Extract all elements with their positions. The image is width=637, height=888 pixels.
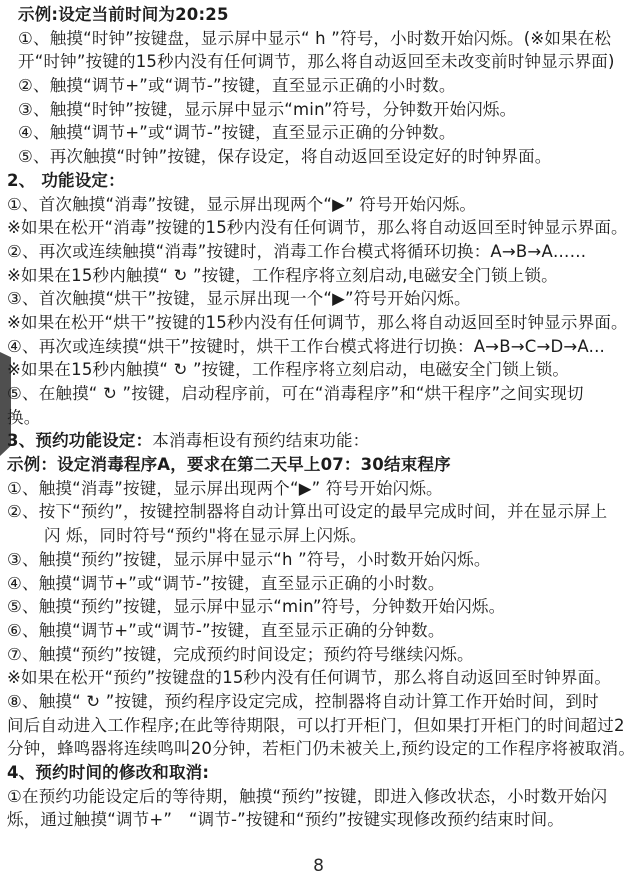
step-line: 分钟，蜂鸣器将连续鸣叫20分钟，若柜门仍未被关上,预约设定的工作程序将被取消。 <box>0 737 633 761</box>
body-text: ⑥、触摸“调节+”或“调节-”按键，直至显示正确的分钟数。 <box>7 621 445 640</box>
step-line: ⑦、触摸“预约”按键，完成预约时间设定；预约符号继续闪烁。 <box>0 643 633 667</box>
note-line: ※如果在松开“烘干”按键的15秒内没有任何调节，那么将自动返回至时钟显示界面。 <box>0 311 633 335</box>
example-heading: 示例：设定消毒程序A，要求在第二天早上07：30结束程序 <box>0 453 633 477</box>
body-text: 烁，通过触摸“调节+” “调节-”按键和“预约”按键实现修改预约结束时间。 <box>7 810 564 829</box>
step-line: ④、再次或连续摸“烘干”按键时，烘干工作台模式将进行切换：A→B→C→D→A..… <box>0 335 633 359</box>
note-line: ※如果在松开“消毒”按键的15秒内没有任何调节，那么将自动返回至时钟显示界面。 <box>0 216 633 240</box>
step-line: ③、触摸“时钟”按键，显示屏中显示“min”符号，分钟数开始闪烁。 <box>0 98 633 122</box>
body-text: ⑤、触摸“预约”按键，显示屏中显示“min”符号，分钟数开始闪烁。 <box>7 597 505 616</box>
body-text: 换。 <box>7 408 40 427</box>
step-line: ②、再次或连续触摸“消毒”按键时，消毒工作台模式将循环切换：A→B→A…… <box>0 240 633 264</box>
body-text: ※如果在松开“预约”按键盘的15秒内没有任何调节，那么将自动返回至时钟界面。 <box>7 668 611 687</box>
note-line: ※如果在15秒内触摸“ ↻ ”按键，工作程序将立刻启动，电磁安全门锁上锁。 <box>0 358 633 382</box>
body-text: ②、按下“预约”，按键控制器将自动计算出可设定的最早完成时间，并在显示屏上 <box>7 502 607 521</box>
heading-text: 3、预约功能设定： <box>7 431 152 450</box>
body-text: ④、触摸“调节+”或“调节-”按键，直至显示正确的分钟数。 <box>18 123 456 142</box>
step-line: ①、首次触摸“消毒”按键，显示屏出现两个“▶” 符号开始闪烁。 <box>0 193 633 217</box>
section-heading: 4、预约时间的修改和取消: <box>0 761 633 785</box>
body-text: 闪 烁，同时符号“预约"将在显示屏上闪烁。 <box>44 526 367 545</box>
step-line: 间后自动进入工作程序;在此等待期限，可以打开柜门，但如果打开柜门的时间超过2 <box>0 714 633 738</box>
body-text: ②、再次或连续触摸“消毒”按键时，消毒工作台模式将循环切换：A→B→A…… <box>7 242 586 261</box>
note-line: ※如果在15秒内触摸“ ↻ ”按键，工作程序将立刻启动,电磁安全门锁上锁。 <box>0 264 633 288</box>
body-text: 开“时钟”按键的15秒内没有任何调节，那么将自动返回至未改变前时钟显示界面) <box>18 52 615 71</box>
body-text: ③、触摸“预约”按键，显示屏中显示“h ”符号，小时数开始闪烁。 <box>7 550 491 569</box>
step-line: ⑤、在触摸“ ↻ ”按键，启动程序前，可在“消毒程序”和“烘干程序”之间实现切 <box>0 382 633 406</box>
body-text: ⑤、再次触摸“时钟”按键，保存设定，将自动返回至设定好的时钟界面。 <box>18 147 552 166</box>
body-text: 间后自动进入工作程序;在此等待期限，可以打开柜门，但如果打开柜门的时间超过2 <box>7 716 625 735</box>
step-line: ④、触摸“调节+”或“调节-”按键，直至显示正确的分钟数。 <box>0 121 633 145</box>
body-text: ※如果在松开“烘干”按键的15秒内没有任何调节，那么将自动返回至时钟显示界面。 <box>7 313 628 332</box>
step-line: 烁，通过触摸“调节+” “调节-”按键和“预约”按键实现修改预约结束时间。 <box>0 808 633 832</box>
step-line: 闪 烁，同时符号“预约"将在显示屏上闪烁。 <box>0 524 633 548</box>
body-text: ①、首次触摸“消毒”按键，显示屏出现两个“▶” 符号开始闪烁。 <box>7 195 476 214</box>
body-text: ②、触摸“调节+”或“调节-”按键，直至显示正确的小时数。 <box>18 76 456 95</box>
page-content: 示例:设定当前时间为20:25①、触摸“时钟”按键盘，显示屏中显示“ h ”符号… <box>0 3 633 832</box>
step-line: 开“时钟”按键的15秒内没有任何调节，那么将自动返回至未改变前时钟显示界面) <box>0 50 633 74</box>
step-line: ⑧、触摸“ ↻ ”按键，预约程序设定完成，控制器将自动计算工作开始时间，到时 <box>0 690 633 714</box>
step-line: ⑤、触摸“预约”按键，显示屏中显示“min”符号，分钟数开始闪烁。 <box>0 595 633 619</box>
step-line: ①、触摸“时钟”按键盘，显示屏中显示“ h ”符号，小时数开始闪烁。(※如果在松 <box>0 27 633 51</box>
step-line: ⑤、再次触摸“时钟”按键，保存设定，将自动返回至设定好的时钟界面。 <box>0 145 633 169</box>
body-text: 本消毒柜设有预约结束功能： <box>152 431 369 450</box>
body-text: ⑧、触摸“ ↻ ”按键，预约程序设定完成，控制器将自动计算工作开始时间，到时 <box>7 692 599 711</box>
section-heading: 3、预约功能设定：本消毒柜设有预约结束功能： <box>0 429 633 453</box>
step-line: ④、触摸“调节+”或“调节-”按键，直至显示正确的小时数。 <box>0 572 633 596</box>
page-number: 8 <box>313 856 324 876</box>
note-line: ※如果在松开“预约”按键盘的15秒内没有任何调节，那么将自动返回至时钟界面。 <box>0 666 633 690</box>
page-footer: 8 <box>0 856 637 876</box>
body-text: ※如果在松开“消毒”按键的15秒内没有任何调节，那么将自动返回至时钟显示界面。 <box>7 218 628 237</box>
body-text: ※如果在15秒内触摸“ ↻ ”按键，工作程序将立刻启动,电磁安全门锁上锁。 <box>7 266 558 285</box>
body-text: ⑦、触摸“预约”按键，完成预约时间设定；预约符号继续闪烁。 <box>7 645 474 664</box>
body-text: ①在预约功能设定后的等待期，触摸“预约”按键，即进入修改状态，小时数开始闪 <box>7 787 607 806</box>
heading-text: 示例：设定消毒程序A，要求在第二天早上07：30结束程序 <box>7 455 451 474</box>
step-line: ②、按下“预约”，按键控制器将自动计算出可设定的最早完成时间，并在显示屏上 <box>0 500 633 524</box>
body-text: ①、触摸“消毒”按键，显示屏出现两个“▶” 符号开始闪烁。 <box>7 479 443 498</box>
example-heading: 示例:设定当前时间为20:25 <box>0 3 633 27</box>
body-text: ③、首次触摸“烘干”按键，显示屏出现一个“▶”符号开始闪烁。 <box>7 289 471 308</box>
body-text: ③、触摸“时钟”按键，显示屏中显示“min”符号，分钟数开始闪烁。 <box>18 100 516 119</box>
step-line: 换。 <box>0 406 633 430</box>
section-heading: 2、 功能设定： <box>0 169 633 193</box>
body-text: ⑤、在触摸“ ↻ ”按键，启动程序前，可在“消毒程序”和“烘干程序”之间实现切 <box>7 384 584 403</box>
body-text: ※如果在15秒内触摸“ ↻ ”按键，工作程序将立刻启动，电磁安全门锁上锁。 <box>7 360 569 379</box>
step-line: ③、触摸“预约”按键，显示屏中显示“h ”符号，小时数开始闪烁。 <box>0 548 633 572</box>
step-line: ①在预约功能设定后的等待期，触摸“预约”按键，即进入修改状态，小时数开始闪 <box>0 785 633 809</box>
manual-page: 示例:设定当前时间为20:25①、触摸“时钟”按键盘，显示屏中显示“ h ”符号… <box>0 0 637 888</box>
heading-text: 4、预约时间的修改和取消: <box>7 763 209 782</box>
body-text: ④、再次或连续摸“烘干”按键时，烘干工作台模式将进行切换：A→B→C→D→A..… <box>7 337 605 356</box>
body-text: ①、触摸“时钟”按键盘，显示屏中显示“ h ”符号，小时数开始闪烁。(※如果在松 <box>18 29 611 48</box>
heading-text: 2、 功能设定： <box>7 171 125 190</box>
step-line: ①、触摸“消毒”按键，显示屏出现两个“▶” 符号开始闪烁。 <box>0 477 633 501</box>
step-line: ③、首次触摸“烘干”按键，显示屏出现一个“▶”符号开始闪烁。 <box>0 287 633 311</box>
heading-text: 示例:设定当前时间为20:25 <box>18 5 229 24</box>
step-line: ⑥、触摸“调节+”或“调节-”按键，直至显示正确的分钟数。 <box>0 619 633 643</box>
body-text: ④、触摸“调节+”或“调节-”按键，直至显示正确的小时数。 <box>7 574 445 593</box>
body-text: 分钟，蜂鸣器将连续鸣叫20分钟，若柜门仍未被关上,预约设定的工作程序将被取消。 <box>7 739 633 758</box>
step-line: ②、触摸“调节+”或“调节-”按键，直至显示正确的小时数。 <box>0 74 633 98</box>
